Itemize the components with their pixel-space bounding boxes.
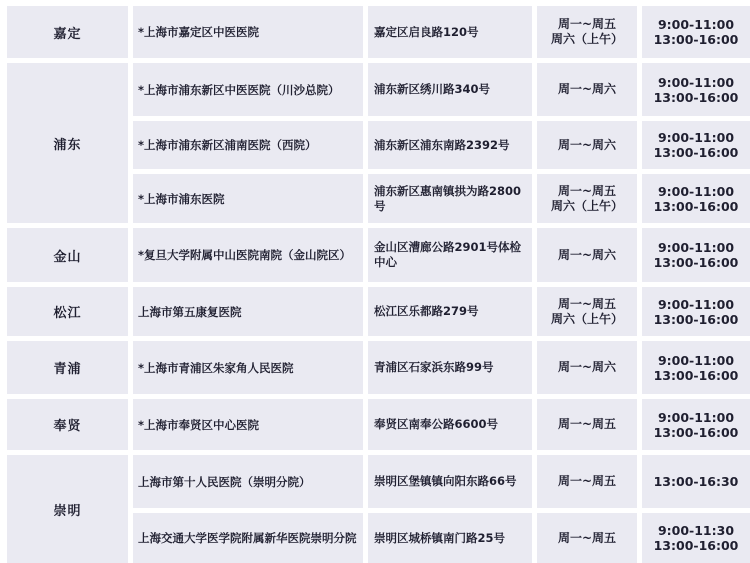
district-label: 崇明	[53, 500, 81, 519]
hours-cell: 9:00-11:0013:00-16:00	[642, 228, 750, 282]
hours-line: 13:00-16:00	[654, 312, 739, 327]
hospital-name: *上海市奉贤区中心医院	[138, 417, 259, 433]
hospital-name: *上海市浦东医院	[138, 191, 225, 207]
hours-line: 9:00-11:00	[658, 184, 734, 199]
hours-cell: 9:00-11:0013:00-16:00	[642, 63, 750, 116]
address-cell: 嘉定区启良路120号	[368, 6, 532, 58]
days-line: 周六（上午）	[551, 32, 623, 47]
hospital-cell: *上海市青浦区朱家角人民医院	[133, 341, 363, 394]
hospital-address: 浦东新区绣川路340号	[374, 82, 490, 97]
district-label: 松江	[53, 302, 81, 321]
hours-cell: 9:00-11:0013:00-16:00	[642, 399, 750, 450]
days-cell: 周一~周五	[537, 513, 637, 563]
hours-cell: 9:00-11:0013:00-16:00	[642, 341, 750, 394]
district-label: 浦东	[53, 134, 81, 153]
hospital-table: 嘉定浦东金山松江青浦奉贤崇明*上海市嘉定区中医医院嘉定区启良路120号周一~周五…	[0, 0, 750, 563]
days-line: 周一~周五	[558, 417, 616, 432]
hospital-address: 浦东新区浦东南路2392号	[374, 138, 510, 153]
district-label: 青浦	[53, 358, 81, 377]
address-cell: 崇明区城桥镇南门路25号	[368, 513, 532, 563]
district-label: 嘉定	[53, 23, 81, 42]
hospital-name: 上海交通大学医学院附属新华医院崇明分院	[138, 530, 357, 546]
days-cell: 周一~周六	[537, 63, 637, 116]
hours-cell: 13:00-16:30	[642, 455, 750, 508]
address-cell: 奉贤区南奉公路6600号	[368, 399, 532, 450]
hospital-address: 嘉定区启良路120号	[374, 25, 479, 40]
hours-cell: 9:00-11:0013:00-16:00	[642, 6, 750, 58]
hours-line: 13:00-16:00	[654, 199, 739, 214]
district-cell: 青浦	[7, 341, 128, 394]
days-line: 周一~周六	[558, 82, 616, 97]
hospital-address: 浦东新区惠南镇拱为路2800号	[374, 184, 528, 214]
address-cell: 松江区乐都路279号	[368, 287, 532, 336]
district-label: 金山	[53, 246, 81, 265]
hospital-address: 崇明区堡镇镇向阳东路66号	[374, 474, 517, 489]
address-cell: 浦东新区绣川路340号	[368, 63, 532, 116]
district-cell: 嘉定	[7, 6, 128, 58]
hospital-name: *复旦大学附属中山医院南院（金山院区）	[138, 247, 351, 263]
hours-line: 13:00-16:00	[654, 32, 739, 47]
district-cell: 松江	[7, 287, 128, 336]
hours-line: 9:00-11:30	[658, 523, 734, 538]
days-cell: 周一~周五周六（上午）	[537, 287, 637, 336]
hours-line: 13:00-16:00	[654, 538, 739, 553]
days-cell: 周一~周六	[537, 121, 637, 169]
hours-line: 9:00-11:00	[658, 353, 734, 368]
hours-line: 9:00-11:00	[658, 410, 734, 425]
hospital-address: 青浦区石家浜东路99号	[374, 360, 494, 375]
hospital-name: *上海市浦东新区浦南医院（西院）	[138, 137, 317, 153]
hours-line: 13:00-16:00	[654, 425, 739, 440]
hours-line: 9:00-11:00	[658, 75, 734, 90]
district-label: 奉贤	[53, 415, 81, 434]
hospital-cell: *上海市奉贤区中心医院	[133, 399, 363, 450]
hours-cell: 9:00-11:0013:00-16:00	[642, 121, 750, 169]
district-cell: 金山	[7, 228, 128, 282]
hours-line: 9:00-11:00	[658, 240, 734, 255]
hours-line: 13:00-16:00	[654, 368, 739, 383]
days-line: 周一~周六	[558, 138, 616, 153]
hours-line: 9:00-11:00	[658, 130, 734, 145]
address-cell: 金山区漕廊公路2901号体检中心	[368, 228, 532, 282]
hospital-address: 松江区乐都路279号	[374, 304, 479, 319]
hospital-name: *上海市嘉定区中医医院	[138, 24, 259, 40]
days-cell: 周一~周五	[537, 399, 637, 450]
hospital-cell: 上海交通大学医学院附属新华医院崇明分院	[133, 513, 363, 563]
hospital-cell: 上海市第五康复医院	[133, 287, 363, 336]
days-line: 周一~周五	[558, 17, 616, 32]
days-line: 周一~周五	[558, 297, 616, 312]
days-cell: 周一~周六	[537, 228, 637, 282]
hospital-address: 奉贤区南奉公路6600号	[374, 417, 498, 432]
hours-line: 9:00-11:00	[658, 17, 734, 32]
address-cell: 浦东新区惠南镇拱为路2800号	[368, 174, 532, 223]
hospital-name: 上海市第十人民医院（崇明分院）	[138, 474, 311, 490]
hours-line: 13:00-16:00	[654, 145, 739, 160]
address-cell: 崇明区堡镇镇向阳东路66号	[368, 455, 532, 508]
hours-line: 9:00-11:00	[658, 297, 734, 312]
hospital-cell: *上海市浦东新区浦南医院（西院）	[133, 121, 363, 169]
days-cell: 周一~周五周六（上午）	[537, 6, 637, 58]
days-cell: 周一~周五周六（上午）	[537, 174, 637, 223]
days-line: 周六（上午）	[551, 199, 623, 214]
hospital-name: 上海市第五康复医院	[138, 304, 242, 320]
district-cell: 奉贤	[7, 399, 128, 450]
district-cell: 浦东	[7, 63, 128, 223]
days-line: 周一~周五	[558, 474, 616, 489]
hours-line: 13:00-16:00	[654, 255, 739, 270]
hospital-name: *上海市浦东新区中医医院（川沙总院）	[138, 82, 340, 98]
days-line: 周一~周六	[558, 360, 616, 375]
hospital-cell: 上海市第十人民医院（崇明分院）	[133, 455, 363, 508]
hospital-address: 崇明区城桥镇南门路25号	[374, 531, 505, 546]
hours-cell: 9:00-11:3013:00-16:00	[642, 513, 750, 563]
days-cell: 周一~周六	[537, 341, 637, 394]
days-cell: 周一~周五	[537, 455, 637, 508]
hospital-cell: *上海市嘉定区中医医院	[133, 6, 363, 58]
hospital-cell: *上海市浦东医院	[133, 174, 363, 223]
hospital-schedule-page: 嘉定浦东金山松江青浦奉贤崇明*上海市嘉定区中医医院嘉定区启良路120号周一~周五…	[0, 0, 750, 563]
days-line: 周一~周五	[558, 531, 616, 546]
days-line: 周一~周六	[558, 248, 616, 263]
hospital-name: *上海市青浦区朱家角人民医院	[138, 360, 294, 376]
hospital-cell: *复旦大学附属中山医院南院（金山院区）	[133, 228, 363, 282]
hours-line: 13:00-16:00	[654, 90, 739, 105]
days-line: 周六（上午）	[551, 312, 623, 327]
address-cell: 浦东新区浦东南路2392号	[368, 121, 532, 169]
hours-line: 13:00-16:30	[654, 474, 739, 489]
hours-cell: 9:00-11:0013:00-16:00	[642, 287, 750, 336]
hospital-cell: *上海市浦东新区中医医院（川沙总院）	[133, 63, 363, 116]
address-cell: 青浦区石家浜东路99号	[368, 341, 532, 394]
hospital-address: 金山区漕廊公路2901号体检中心	[374, 240, 528, 270]
district-cell: 崇明	[7, 455, 128, 563]
hours-cell: 9:00-11:0013:00-16:00	[642, 174, 750, 223]
days-line: 周一~周五	[558, 184, 616, 199]
